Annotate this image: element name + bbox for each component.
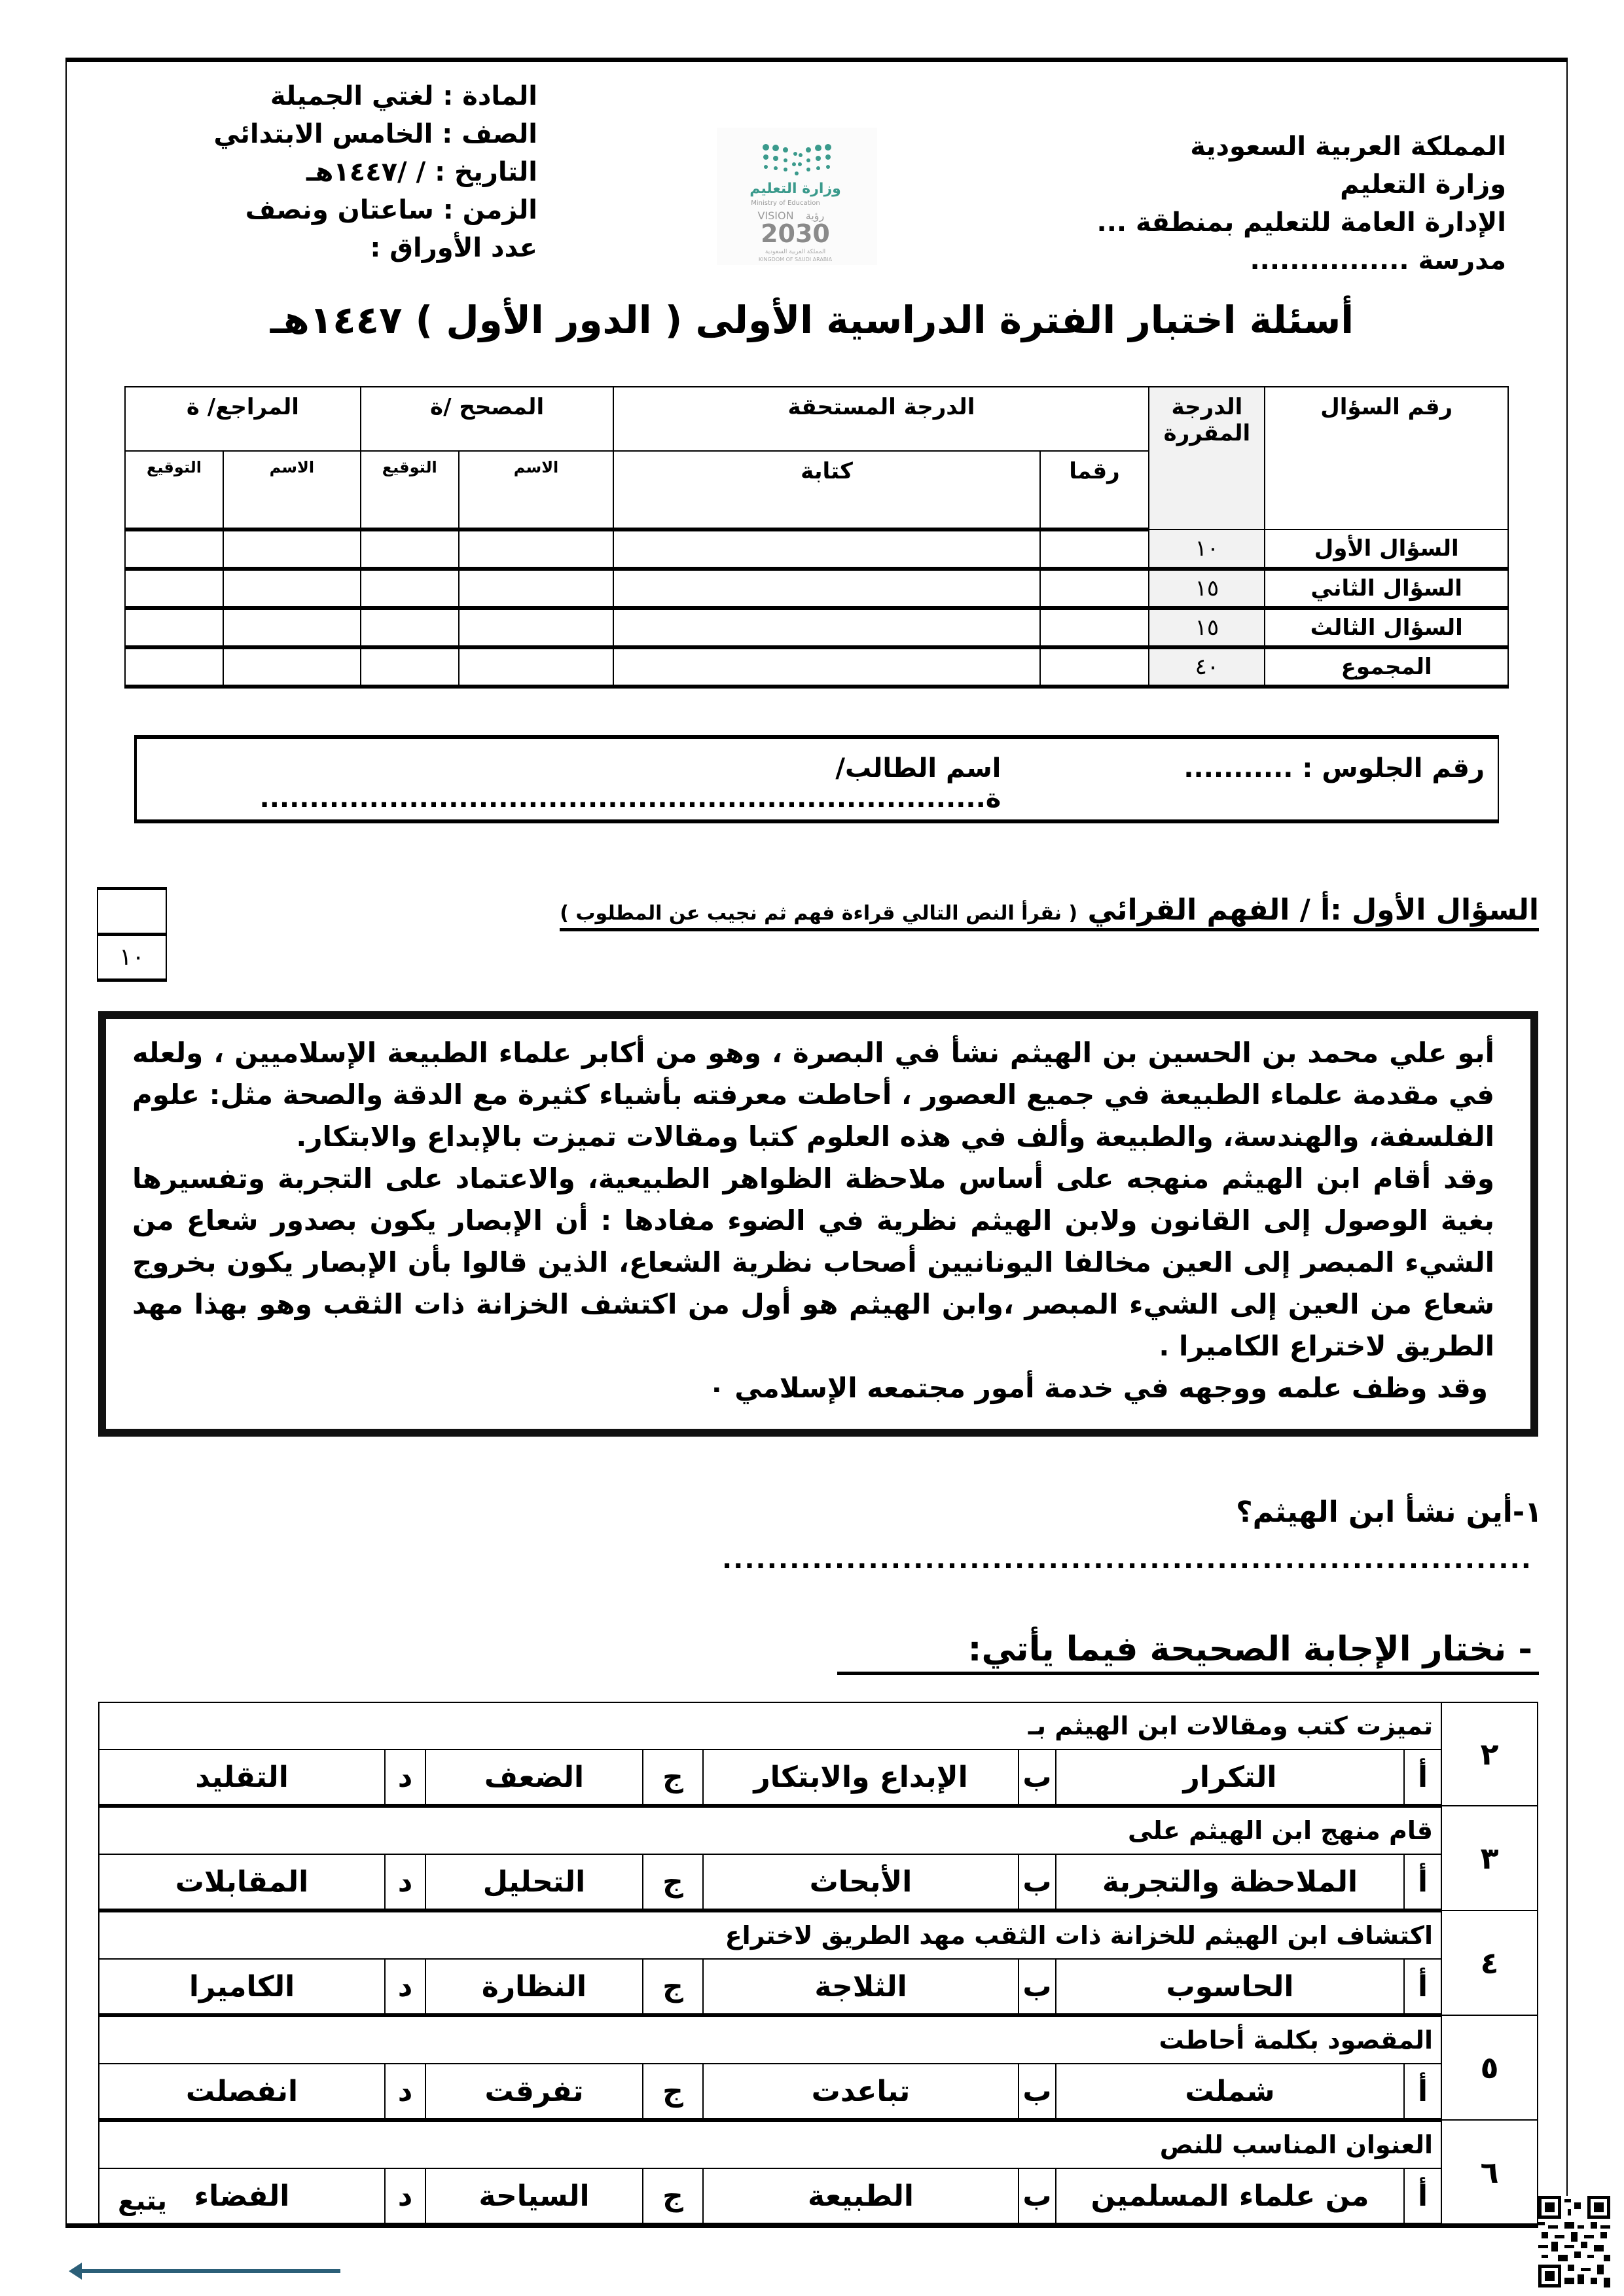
svg-text:المملكة العربية السعودية: المملكة العربية السعودية bbox=[765, 249, 825, 255]
qr-code-icon bbox=[1538, 2196, 1610, 2287]
header-reviewer: المراجع/ ة bbox=[125, 387, 361, 451]
header-question-no: رقم السؤال bbox=[1265, 387, 1508, 529]
header-corrector-name: الاسم bbox=[459, 451, 614, 529]
continue-label: يتبع bbox=[118, 2186, 167, 2216]
seat-number-field[interactable]: رقم الجلوس : ........... bbox=[1014, 739, 1498, 819]
mcq-item-stem: ٣ قام منهج ابن الهيثم على bbox=[99, 1806, 1538, 1854]
mcq-option[interactable]: المقابلات bbox=[99, 1854, 385, 1910]
option-letter: ب bbox=[1019, 1749, 1056, 1806]
header-right: المملكة العربية السعودية وزارة التعليم ا… bbox=[1097, 128, 1506, 279]
mcq-heading: - نختار الإجابة الصحيحة فيما يأتي: bbox=[837, 1630, 1539, 1675]
mcq-options-row: أ شملت ب تباعدت ج تفرقت د انفصلت bbox=[99, 2064, 1538, 2120]
corrector-name-cell[interactable] bbox=[459, 569, 614, 608]
pages-line: عدد الأوراق : bbox=[213, 229, 537, 267]
school-line: مدرسة ................ bbox=[1097, 242, 1506, 279]
row-label: السؤال الثاني bbox=[1265, 569, 1508, 608]
grades-table: رقم السؤال الدرجة المقررة الدرجة المستحق… bbox=[124, 386, 1509, 689]
header-left: المادة : لغتي الجميلة الصف : الخامس الاب… bbox=[213, 77, 537, 267]
arrow-left-icon bbox=[69, 2261, 344, 2281]
corrector-signature-cell[interactable] bbox=[361, 608, 459, 647]
row-label: السؤال الثالث bbox=[1265, 608, 1508, 647]
mcq-option[interactable]: الطبيعة bbox=[703, 2168, 1019, 2225]
mcq-options-row: أ الحاسوب ب الثلاجة ج النظارة د الكاميرا bbox=[99, 1959, 1538, 2015]
corrector-signature-cell[interactable] bbox=[361, 569, 459, 608]
option-letter: د bbox=[385, 1749, 425, 1806]
question-1-text: ١-أين نشأ ابن الهيثم؟ bbox=[1236, 1496, 1542, 1529]
option-letter: أ bbox=[1404, 2064, 1441, 2120]
reviewer-signature-cell[interactable] bbox=[125, 647, 223, 687]
mcq-item-stem: ٦ العنوان المناسب للنص bbox=[99, 2120, 1538, 2168]
option-letter: ج bbox=[643, 2064, 703, 2120]
mcq-item-stem: ٤ اكتشاف ابن الهيثم للخزانة ذات الثقب مه… bbox=[99, 1910, 1538, 1959]
header-assigned-score: الدرجة المقررة bbox=[1149, 387, 1265, 529]
passage-paragraph: أبو علي محمد بن الحسين بن الهيثم نشأ في … bbox=[132, 1032, 1494, 1158]
mcq-option[interactable]: الضعف bbox=[425, 1749, 643, 1806]
option-letter: ب bbox=[1019, 1854, 1056, 1910]
row-label: المجموع bbox=[1265, 647, 1508, 687]
mcq-item-number: ٦ bbox=[1441, 2120, 1538, 2225]
mcq-option[interactable]: تفرقت bbox=[425, 2064, 643, 2120]
reviewer-signature-cell[interactable] bbox=[125, 569, 223, 608]
score-earned-cell[interactable] bbox=[98, 887, 166, 933]
question-one-score-box: ١٠ bbox=[97, 887, 167, 982]
mcq-table: ٢ تميزت كتب ومقالات ابن الهيثم بـ أ التك… bbox=[98, 1702, 1538, 2227]
svg-text:وزارة التعليم: وزارة التعليم bbox=[749, 181, 841, 197]
date-line: التاريخ : / /١٤٤٧هـ bbox=[213, 153, 537, 191]
header-corrector-signature: التوقيع bbox=[361, 451, 459, 529]
reviewer-name-cell[interactable] bbox=[223, 569, 361, 608]
mcq-item-number: ٣ bbox=[1441, 1806, 1538, 1910]
option-letter: د bbox=[385, 1959, 425, 2015]
mcq-options-row: أ التكرار ب الإبداع والابتكار ج الضعف د … bbox=[99, 1749, 1538, 1806]
mcq-item-number: ٤ bbox=[1441, 1910, 1538, 2015]
question-one-title: السؤال الأول :أ / الفهم القرائي bbox=[1087, 893, 1539, 927]
corrector-signature-cell[interactable] bbox=[361, 529, 459, 569]
option-letter: أ bbox=[1404, 1749, 1441, 1806]
header-earned-score: الدرجة المستحقة bbox=[613, 387, 1149, 451]
option-letter: د bbox=[385, 1854, 425, 1910]
mcq-option[interactable]: تباعدت bbox=[703, 2064, 1019, 2120]
row-score: ١٠ bbox=[1149, 529, 1265, 569]
grade-line: الصف : الخامس الابتدائي bbox=[213, 115, 537, 153]
mcq-option[interactable]: الثلاجة bbox=[703, 1959, 1019, 2015]
option-letter: د bbox=[385, 2168, 425, 2225]
time-line: الزمن : ساعتان ونصف bbox=[213, 191, 537, 229]
option-letter: ب bbox=[1019, 2064, 1056, 2120]
mcq-stem: المقصود بكلمة أحاطت bbox=[99, 2015, 1441, 2064]
mcq-option[interactable]: شملت bbox=[1056, 2064, 1404, 2120]
earned-digits-cell[interactable] bbox=[1040, 647, 1149, 687]
student-name-field[interactable]: اسم الطالب/ة............................… bbox=[135, 739, 1014, 819]
header-earned-digits: رقما bbox=[1040, 451, 1149, 529]
mcq-item-stem: ٥ المقصود بكلمة أحاطت bbox=[99, 2015, 1538, 2064]
option-letter: ج bbox=[643, 1854, 703, 1910]
header-corrector: المصحح /ة bbox=[361, 387, 614, 451]
grades-row: السؤال الأول ١٠ bbox=[125, 529, 1508, 569]
option-letter: ج bbox=[643, 1749, 703, 1806]
student-info-box: اسم الطالب/ة............................… bbox=[134, 735, 1499, 823]
corrector-name-cell[interactable] bbox=[459, 608, 614, 647]
reviewer-name-cell[interactable] bbox=[223, 608, 361, 647]
mcq-stem: العنوان المناسب للنص bbox=[99, 2120, 1441, 2168]
mcq-stem: قام منهج ابن الهيثم على bbox=[99, 1806, 1441, 1854]
mcq-option[interactable]: الكاميرا bbox=[99, 1959, 385, 2015]
mcq-stem: تميزت كتب ومقالات ابن الهيثم بـ bbox=[99, 1702, 1441, 1749]
earned-words-cell[interactable] bbox=[613, 608, 1039, 647]
svg-text:KINGDOM OF SAUDI ARABIA: KINGDOM OF SAUDI ARABIA bbox=[759, 257, 833, 262]
row-score: ٤٠ bbox=[1149, 647, 1265, 687]
earned-words-cell[interactable] bbox=[613, 529, 1039, 569]
mcq-option[interactable]: الأبحاث bbox=[703, 1854, 1019, 1910]
row-score: ١٥ bbox=[1149, 569, 1265, 608]
option-letter: ب bbox=[1019, 2168, 1056, 2225]
row-score: ١٥ bbox=[1149, 608, 1265, 647]
header-reviewer-signature: التوقيع bbox=[125, 451, 223, 529]
earned-words-cell[interactable] bbox=[613, 569, 1039, 608]
option-letter: أ bbox=[1404, 2168, 1441, 2225]
passage-paragraph: وقد أقام ابن الهيثم منهجه على أساس ملاحظ… bbox=[132, 1158, 1494, 1367]
ministry-line: وزارة التعليم bbox=[1097, 166, 1506, 204]
kingdom-line: المملكة العربية السعودية bbox=[1097, 128, 1506, 166]
question-one-instruction: ( نقرأ النص التالي قراءة فهم ثم نجيب عن … bbox=[560, 902, 1077, 925]
subject-line: المادة : لغتي الجميلة bbox=[213, 77, 537, 115]
option-letter: د bbox=[385, 2064, 425, 2120]
mcq-option[interactable]: الحاسوب bbox=[1056, 1959, 1404, 2015]
mcq-option[interactable]: الملاحظة والتجربة bbox=[1056, 1854, 1404, 1910]
corrector-signature-cell[interactable] bbox=[361, 647, 459, 687]
corrector-name-cell[interactable] bbox=[459, 529, 614, 569]
svg-text:Ministry of Education: Ministry of Education bbox=[751, 200, 820, 207]
mcq-option[interactable]: السياحة bbox=[425, 2168, 643, 2225]
grades-row: السؤال الثاني ١٥ bbox=[125, 569, 1508, 608]
earned-digits-cell[interactable] bbox=[1040, 569, 1149, 608]
corrector-name-cell[interactable] bbox=[459, 647, 614, 687]
mcq-option[interactable]: النظارة bbox=[425, 1959, 643, 2015]
mcq-item-stem: ٢ تميزت كتب ومقالات ابن الهيثم بـ bbox=[99, 1702, 1538, 1749]
mcq-stem: اكتشاف ابن الهيثم للخزانة ذات الثقب مهد … bbox=[99, 1910, 1441, 1959]
mcq-options-row: أ الملاحظة والتجربة ب الأبحاث ج التحليل … bbox=[99, 1854, 1538, 1910]
score-max-cell: ١٠ bbox=[98, 933, 166, 982]
option-letter: أ bbox=[1404, 1854, 1441, 1910]
option-letter: أ bbox=[1404, 1959, 1441, 2015]
reviewer-signature-cell[interactable] bbox=[125, 529, 223, 569]
mcq-option[interactable]: التقليد bbox=[99, 1749, 385, 1806]
vision-2030-logo-icon: وزارة التعليم Ministry of Education VISI… bbox=[717, 128, 877, 265]
question-one-heading: السؤال الأول :أ / الفهم القرائي ( نقرأ ا… bbox=[560, 893, 1539, 931]
mcq-options-row: أ من علماء المسلمين ب الطبيعة ج السياحة … bbox=[99, 2168, 1538, 2225]
ministry-logo: وزارة التعليم Ministry of Education VISI… bbox=[717, 128, 877, 265]
mcq-item-number: ٢ bbox=[1441, 1702, 1538, 1806]
mcq-option[interactable]: من علماء المسلمين bbox=[1056, 2168, 1404, 2225]
option-letter: ج bbox=[643, 1959, 703, 2015]
earned-words-cell[interactable] bbox=[613, 647, 1039, 687]
passage-paragraph: وقد وظف علمه ووجهه في خدمة أمور مجتمعه ا… bbox=[132, 1367, 1494, 1409]
mcq-option[interactable]: التحليل bbox=[425, 1854, 643, 1910]
directorate-line: الإدارة العامة للتعليم بمنطقة ... bbox=[1097, 204, 1506, 242]
earned-digits-cell[interactable] bbox=[1040, 529, 1149, 569]
mcq-item-number: ٥ bbox=[1441, 2015, 1538, 2120]
mcq-option[interactable]: انفصلت bbox=[99, 2064, 385, 2120]
exam-title: أسئلة اختبار الفترة الدراسية الأولى ( ال… bbox=[0, 298, 1624, 342]
header-reviewer-name: الاسم bbox=[223, 451, 361, 529]
question-1-answer-line[interactable]: ........................................… bbox=[722, 1545, 1532, 1575]
reviewer-name-cell[interactable] bbox=[223, 529, 361, 569]
option-letter: ب bbox=[1019, 1959, 1056, 2015]
header-earned-words: كتابة bbox=[613, 451, 1039, 529]
mcq-option[interactable]: التكرار bbox=[1056, 1749, 1404, 1806]
row-label: السؤال الأول bbox=[1265, 529, 1508, 569]
svg-text:2030: 2030 bbox=[761, 219, 830, 248]
grades-row: السؤال الثالث ١٥ bbox=[125, 608, 1508, 647]
reviewer-name-cell[interactable] bbox=[223, 647, 361, 687]
option-letter: ج bbox=[643, 2168, 703, 2225]
mcq-option[interactable]: الإبداع والابتكار bbox=[703, 1749, 1019, 1806]
grades-total-row: المجموع ٤٠ bbox=[125, 647, 1508, 687]
reviewer-signature-cell[interactable] bbox=[125, 608, 223, 647]
earned-digits-cell[interactable] bbox=[1040, 608, 1149, 647]
reading-passage: أبو علي محمد بن الحسين بن الهيثم نشأ في … bbox=[98, 1011, 1538, 1437]
